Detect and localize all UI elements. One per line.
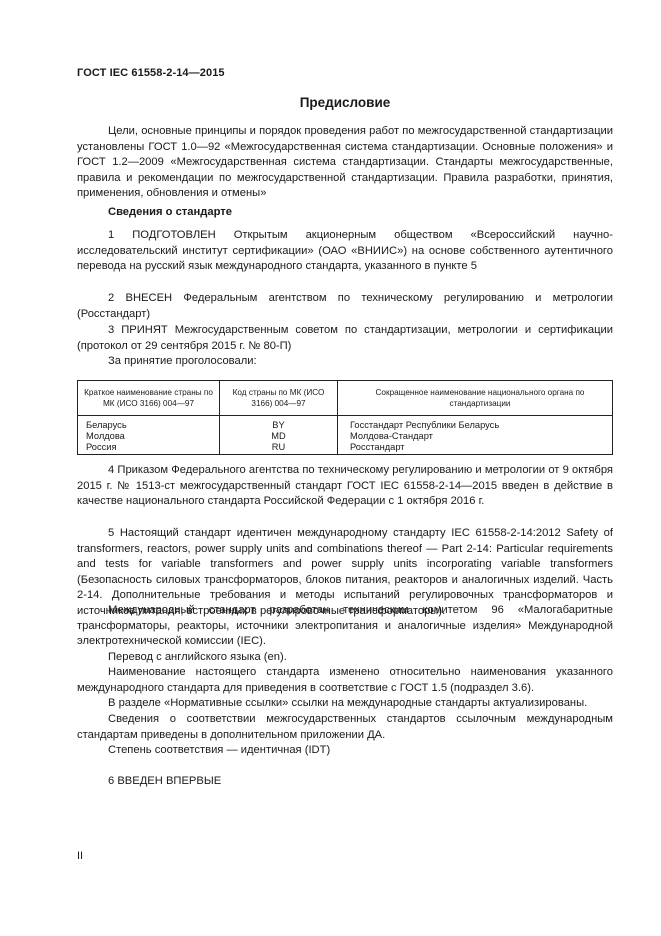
table-row: Россия RU Росстандарт bbox=[78, 442, 613, 455]
item-6: 6 ВВЕДЕН ВПЕРВЫЕ bbox=[77, 774, 613, 790]
item-5-translation: Перевод с английского языка (en). bbox=[77, 650, 613, 666]
voting-table: Краткое наименование страны по МК (ИСО 3… bbox=[77, 380, 613, 455]
page-number: II bbox=[77, 850, 83, 862]
header-country: Краткое наименование страны по МК (ИСО 3… bbox=[78, 381, 220, 416]
cell-code: BY bbox=[220, 416, 338, 432]
item-5-conformity: Степень соответствия — идентичная (IDT) bbox=[77, 743, 613, 759]
cell-code: RU bbox=[220, 442, 338, 455]
item-5-committee: Международный стандарт разработан технич… bbox=[77, 603, 613, 650]
item-5-title-change: Наименование настоящего стандарта измене… bbox=[77, 665, 613, 696]
item-5-annex: Сведения о соответствии межгосударственн… bbox=[77, 712, 613, 743]
cell-body: Молдова-Стандарт bbox=[338, 431, 613, 442]
cell-country: Молдова bbox=[78, 431, 220, 442]
table-row: Молдова MD Молдова-Стандарт bbox=[78, 431, 613, 442]
item-3: 3 ПРИНЯТ Межгосударственным советом по с… bbox=[77, 323, 613, 354]
item-5-references: В разделе «Нормативные ссылки» ссылки на… bbox=[77, 696, 613, 712]
cell-code: MD bbox=[220, 431, 338, 442]
standard-designation: ГОСТ IEC 61558-2-14—2015 bbox=[77, 67, 225, 79]
section-heading: Сведения о стандарте bbox=[77, 205, 613, 221]
table-header-row: Краткое наименование страны по МК (ИСО 3… bbox=[78, 381, 613, 416]
header-body: Сокращенное наименование национального о… bbox=[338, 381, 613, 416]
intro-paragraph: Цели, основные принципы и порядок провед… bbox=[77, 124, 613, 202]
table-row: Беларусь BY Госстандарт Республики Белар… bbox=[78, 416, 613, 432]
cell-country: Беларусь bbox=[78, 416, 220, 432]
item-4: 4 Приказом Федерального агентства по тех… bbox=[77, 463, 613, 510]
item-1: 1 ПОДГОТОВЛЕН Открытым акционерным общес… bbox=[77, 228, 613, 275]
vote-intro: За принятие проголосовали: bbox=[77, 354, 613, 370]
cell-country: Россия bbox=[78, 442, 220, 455]
page-title: Предисловие bbox=[77, 95, 613, 110]
cell-body: Госстандарт Республики Беларусь bbox=[338, 416, 613, 432]
header-code: Код страны по МК (ИСО 3166) 004—97 bbox=[220, 381, 338, 416]
cell-body: Росстандарт bbox=[338, 442, 613, 455]
item-2: 2 ВНЕСЕН Федеральным агентством по техни… bbox=[77, 291, 613, 322]
